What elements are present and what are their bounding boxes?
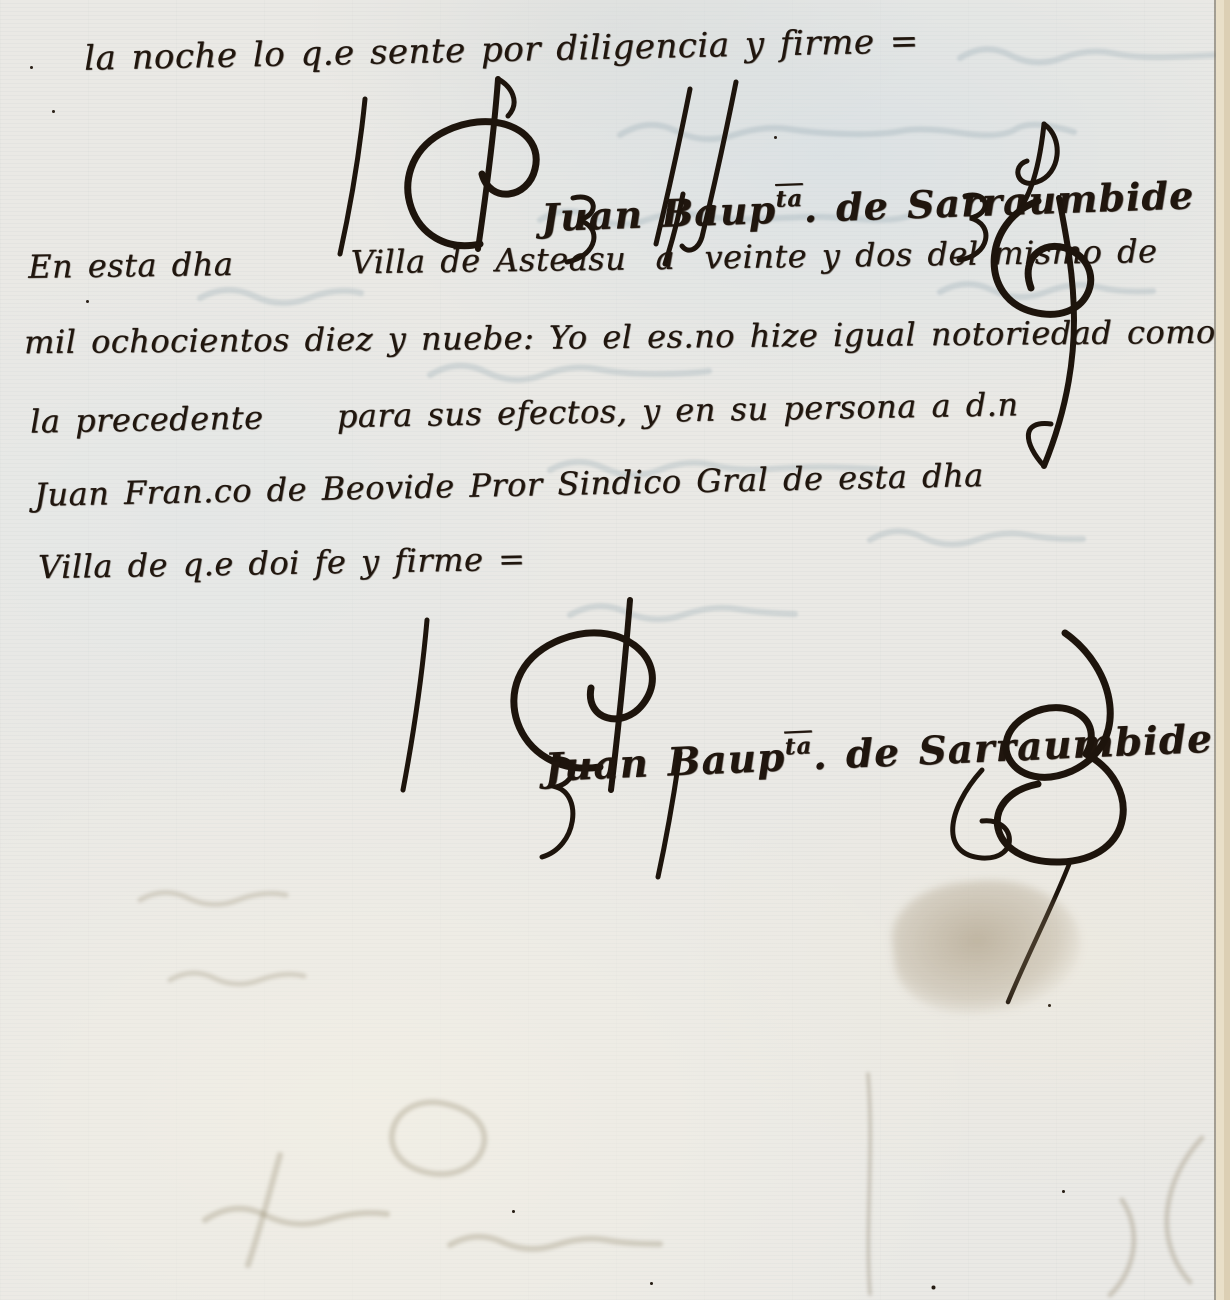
- paraph-marks-icon: [520, 745, 1080, 885]
- paper-edge: [1214, 0, 1230, 1300]
- manuscript-page: la noche lo q.e sente por diligencia y f…: [0, 0, 1230, 1300]
- bleedthrough-ghost: [120, 1060, 820, 1295]
- bleedthrough-ghost: [1080, 1120, 1230, 1300]
- ink-specks: [30, 66, 33, 69]
- ornate-capital-flourish-icon: [938, 186, 1118, 476]
- bleedthrough-ghost: [110, 860, 470, 1040]
- bleedthrough-ghost: [838, 1068, 898, 1300]
